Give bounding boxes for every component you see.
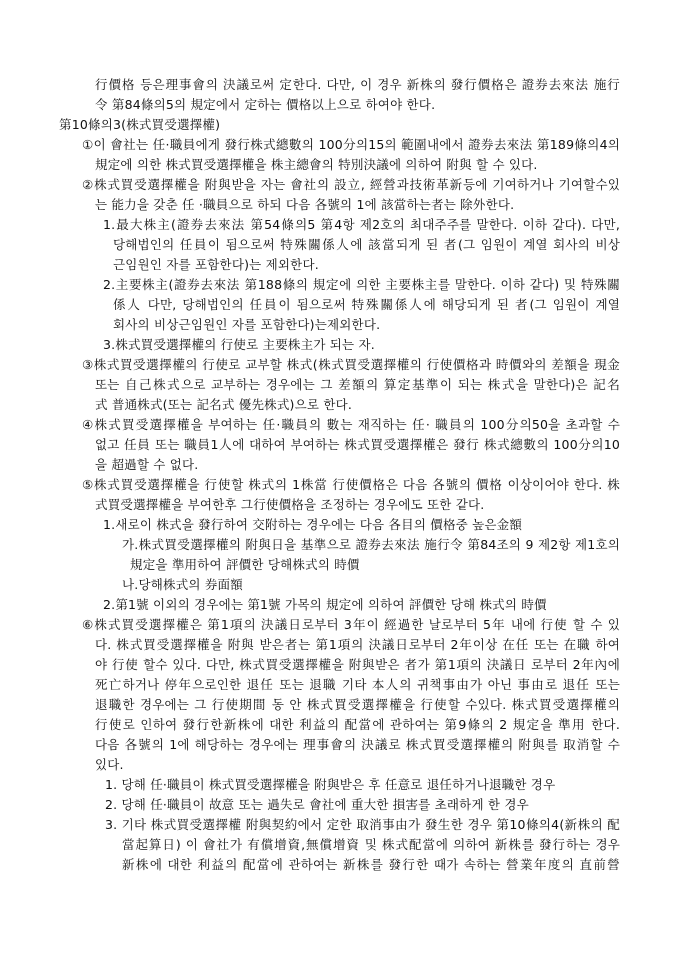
clause-6-line: 야 行使 할수 있다. 다만, 株式買受選擇權을 附與받은 者가 第1項의 決議… (95, 657, 620, 673)
item-line: 1.새로이 株式을 發行하여 交附하는 경우에는 다음 各目의 價格중 높은金額 (103, 517, 620, 533)
item-line: 회사의 비상근임원인 자를 포함한다)는제외한다. (113, 317, 620, 333)
subitem-line: 나.당해株式의 券面額 (122, 577, 620, 593)
clause-5-line: 式買受選擇權을 부여한후 그行使價格을 조정하는 경우에도 또한 같다. (95, 497, 620, 513)
document-page: 行價格 등은理事會의 決議로써 定한다. 다만, 이 경우 新株의 發行價格은 … (0, 0, 680, 962)
paragraph-line: 令 第84條의5의 規定에서 定하는 價格以上으로 하여야 한다. (95, 97, 620, 113)
paragraph-line: 行價格 등은理事會의 決議로써 定한다. 다만, 이 경우 新株의 發行價格은 … (95, 77, 620, 93)
clause-4-line: ④株式買受選擇權을 부여하는 任·職員의 數는 재직하는 任· 職員의 100分… (82, 417, 620, 433)
item-line: 係人 다만, 당해법인의 任員이 됨으로써 特殊關係人에 해당되게 된 者(그 … (113, 297, 620, 313)
item-line: 1. 당해 任·職員이 株式買受選擇權을 附與받은 후 任意로 退任하거나退職한… (105, 777, 620, 793)
clause-4-line: 없고 任員 또는 職員1人에 대하여 부여하는 株式買受選擇權은 發行 株式總數… (95, 437, 620, 453)
clause-3-line: 또는 自己株式으로 교부하는 경우에는 그 差額의 算定基準이 되는 株式을 말… (95, 377, 620, 393)
clause-6-line: 있다. (95, 757, 620, 773)
item-line: 新株에 대한 利益의 配當에 관하여는 新株를 發行한 때가 속하는 營業年度의… (122, 857, 620, 873)
clause-6-line: 死亡하거나 停年으로인한 退任 또는 退職 기타 本人의 귀책事由가 아닌 事由… (95, 677, 620, 693)
clause-6-line: 다음 各號의 1에 해당하는 경우에는 理事會의 決議로 株式買受選擇權의 附與… (95, 737, 620, 753)
subitem-line: 가.株式買受選擇權의 附與日을 基準으로 證券去來法 施行令 第84조의 9 제… (122, 537, 620, 553)
clause-6-line: 다. 株式買受選擇權을 附與 받은者는 第1項의 決議日로부터 2年이상 在任 … (95, 637, 620, 653)
item-line: 당해법인의 任員이 됨으로써 特殊關係人에 該當되게 된 者(그 임원이 계열 … (113, 237, 620, 253)
item-line: 3.株式買受選擇權의 行使로 主要株主가 되는 자. (103, 337, 620, 353)
clause-2-line: 는 能力을 갖춘 任 ·職員으로 하되 다음 各號의 1에 該當하는者는 除外한… (95, 197, 620, 213)
item-line: 1.最大株主(證券去來法 第54條의5 第4항 제2호의 최대주주를 말한다. … (103, 217, 620, 233)
item-line: 3. 기타 株式買受選擇權 附與契約에서 定한 取消事由가 發生한 경우 第10… (105, 817, 620, 833)
clause-3-line: ③株式買受選擇權의 行使로 교부할 株式(株式買受選擇權의 行使價格과 時價와의… (82, 357, 620, 373)
item-line: 當起算日) 이 會社가 有償增資,無償增資 및 株式配當에 의하여 新株를 發行… (122, 837, 620, 853)
item-line: 2. 당해 任·職員이 故意 또는 過失로 會社에 重大한 損害를 초래하게 한… (105, 797, 620, 813)
clause-2-line: ②株式買受選擇權을 附與받을 자는 會社의 設立, 經營과技術革新등에 기여하거… (82, 177, 620, 193)
clause-6-line: 行使로 인하여 發行한新株에 대한 利益의 配當에 관하여는 第9條의 2 規定… (95, 717, 620, 733)
clause-6-line: 退職한 경우에는 그 行使期間 동 안 株式買受選擇權을 行使할 수있다. 株式… (95, 697, 620, 713)
clause-3-line: 式 普通株式(또는 記名式 優先株式)으로 한다. (95, 397, 620, 413)
item-line: 근임원인 자를 포함한다)는 제외한다. (113, 257, 620, 273)
article-heading: 第10條의3(株式買受選擇權) (59, 117, 620, 133)
clause-6-line: ⑥株式買受選擇權은 第1項의 決議日로부터 3年이 經過한 날로부터 5年 내에… (82, 617, 620, 633)
subitem-line: 規定을 準用하여 評價한 당해株式의 時價 (130, 557, 620, 573)
clause-1-line: 規定에 의한 株式買受選擇權을 株主總會의 特別決議에 의하여 附與 할 수 있… (95, 157, 620, 173)
clause-5-line: ⑤株式買受選擇權을 行使할 株式의 1株當 行使價格은 다음 各號의 價格 이상… (82, 477, 620, 493)
clause-4-line: 을 超過할 수 없다. (95, 457, 620, 473)
clause-1-line: ①이 會社는 任·職員에게 發行株式總數의 100分의15의 範圍내에서 證券去… (82, 137, 620, 153)
item-line: 2.第1號 이외의 경우에는 第1號 가목의 規定에 의하여 評價한 당해 株式… (103, 597, 620, 613)
item-line: 2.主要株主(證券去來法 第188條의 規定에 의한 主要株主를 말한다. 이하… (103, 277, 620, 293)
